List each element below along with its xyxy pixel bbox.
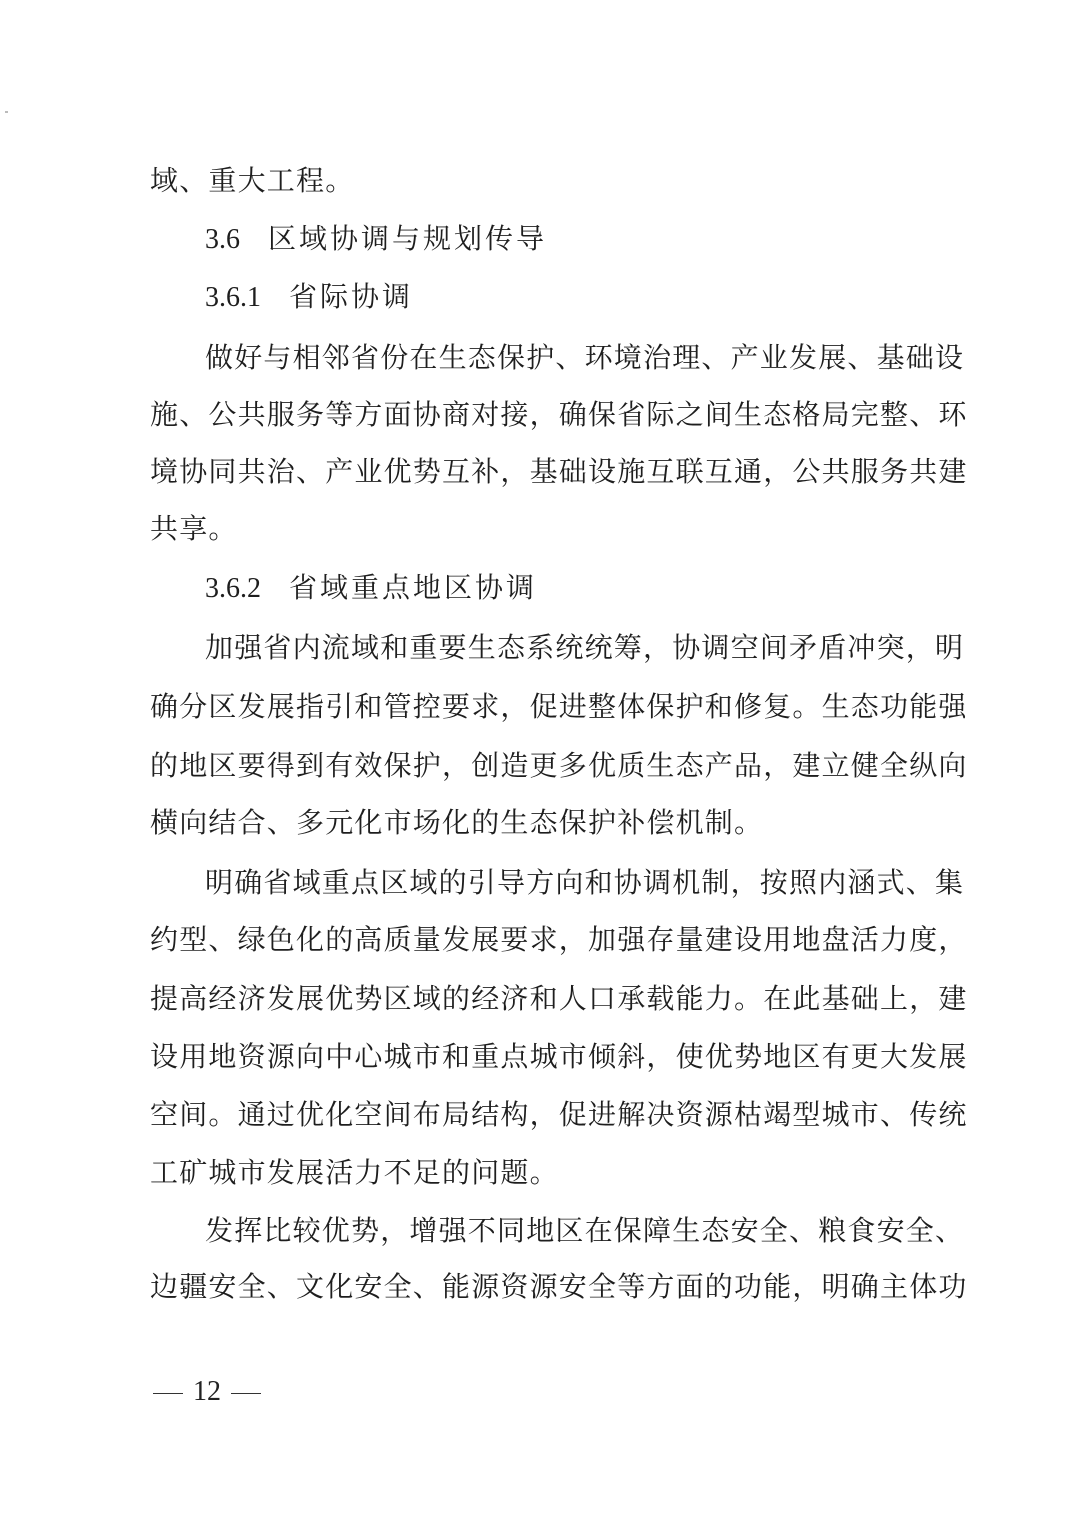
section-number: 3.6.2 [205,560,261,618]
section-title: 省域重点地区协调 [289,571,537,604]
paragraph-line: 的地区要得到有效保护，创造更多优质生态产品，建立健全纵向 [150,737,926,795]
section-number: 3.6.1 [205,269,261,327]
paragraph-line: 施、公共服务等方面协商对接，确保省际之间生态格局完整、环 [150,386,926,444]
dash-left [153,1393,183,1394]
paragraph-line: 境协同共治、产业优势互补，基础设施互联互通，公共服务共建 [150,443,926,501]
section-number: 3.6 [205,211,240,269]
continuation-line: 域、重大工程。 [150,152,354,210]
paragraph-line: 做好与相邻省份在生态保护、环境治理、产业发展、基础设 [205,329,926,387]
page-number: 12 [143,1376,271,1408]
page-number-value: 12 [193,1376,221,1407]
paragraph-line: 确分区发展指引和管控要求，促进整体保护和修复。生态功能强 [150,678,926,736]
paragraph-line: 发挥比较优势，增强不同地区在保障生态安全、粮食安全、 [205,1202,926,1260]
paragraph-line: 设用地资源向中心城市和重点城市倾斜，使优势地区有更大发展 [150,1028,926,1086]
section-title: 省际协调 [289,280,413,313]
paragraph-line: 边疆安全、文化安全、能源资源安全等方面的功能，明确主体功 [150,1258,926,1316]
paragraph-line: 横向结合、多元化市场化的生态保护补偿机制。 [150,794,763,852]
paragraph-line: 工矿城市发展活力不足的问题。 [150,1144,559,1202]
section-heading-3-6: 3.6区域协调与规划传导 [205,210,547,268]
section-title: 区域协调与规划传导 [268,222,547,255]
paragraph-line: 共享。 [150,500,238,558]
paragraph-line: 明确省域重点区域的引导方向和协调机制，按照内涵式、集 [205,854,926,912]
scan-artifact [5,111,8,113]
paragraph-line: 约型、绿色化的高质量发展要求，加强存量建设用地盘活力度， [150,911,926,969]
paragraph-line: 加强省内流域和重要生态系统统筹，协调空间矛盾冲突，明 [205,619,926,677]
section-heading-3-6-2: 3.6.2省域重点地区协调 [205,559,537,617]
paragraph-line: 空间。通过优化空间布局结构，促进解决资源枯竭型城市、传统 [150,1086,926,1144]
section-heading-3-6-1: 3.6.1省际协调 [205,268,413,326]
dash-right [231,1393,261,1394]
paragraph-line: 提高经济发展优势区域的经济和人口承载能力。在此基础上，建 [150,970,926,1028]
